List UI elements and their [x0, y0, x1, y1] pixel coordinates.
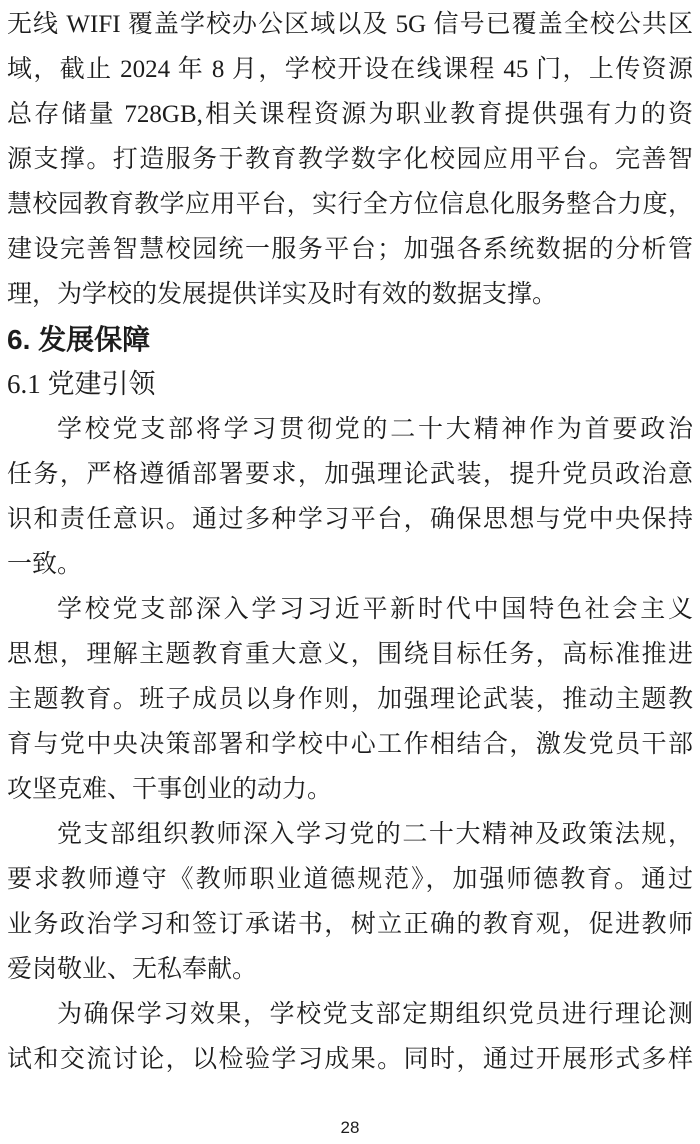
- text-line: 一致。: [7, 542, 693, 587]
- paragraph-infrastructure: 无线 WIFI 覆盖学校办公区域以及 5G 信号已覆盖全校公共区 域，截止 20…: [7, 2, 693, 317]
- text-line: 试和交流讨论，以检验学习成果。同时，通过开展形式多样: [7, 1037, 693, 1082]
- text-line: 慧校园教育教学应用平台，实行全方位信息化服务整合力度，: [7, 182, 693, 227]
- document-page: 无线 WIFI 覆盖学校办公区域以及 5G 信号已覆盖全校公共区 域，截止 20…: [0, 0, 700, 1144]
- text-line: 要求教师遵守《教师职业道德规范》，加强师德教育。通过: [7, 857, 693, 902]
- text-line: 识和责任意识。通过多种学习平台，确保思想与党中央保持: [7, 497, 693, 542]
- text-line: 爱岗敬业、无私奉献。: [7, 947, 693, 992]
- text-line: 无线 WIFI 覆盖学校办公区域以及 5G 信号已覆盖全校公共区: [7, 2, 693, 47]
- text-line: 主题教育。班子成员以身作则，加强理论武装，推动主题教: [7, 677, 693, 722]
- paragraph-party-study: 学校党支部将学习贯彻党的二十大精神作为首要政治 任务，严格遵循部署要求，加强理论…: [7, 407, 693, 587]
- paragraph-teacher-ethics: 党支部组织教师深入学习党的二十大精神及政策法规， 要求教师遵守《教师职业道德规范…: [7, 812, 693, 992]
- text-line: 攻坚克难、干事创业的动力。: [7, 767, 693, 812]
- page-number: 28: [0, 1118, 700, 1138]
- text-line: 源支撑。打造服务于教育教学数字化校园应用平台。完善智: [7, 137, 693, 182]
- text-line: 党支部组织教师深入学习党的二十大精神及政策法规，: [7, 812, 693, 857]
- text-line: 学校党支部将学习贯彻党的二十大精神作为首要政治: [7, 407, 693, 452]
- page-body: 无线 WIFI 覆盖学校办公区域以及 5G 信号已覆盖全校公共区 域，截止 20…: [7, 2, 693, 1082]
- text-line: 业务政治学习和签订承诺书，树立正确的教育观，促进教师: [7, 902, 693, 947]
- text-line: 学校党支部深入学习习近平新时代中国特色社会主义: [7, 587, 693, 632]
- text-line: 思想，理解主题教育重大意义，围绕目标任务，高标准推进: [7, 632, 693, 677]
- subsection-heading: 6.1 党建引领: [7, 362, 693, 407]
- text-line: 建设完善智慧校园统一服务平台；加强各系统数据的分析管: [7, 227, 693, 272]
- text-line: 育与党中央决策部署和学校中心工作相结合，激发党员干部: [7, 722, 693, 767]
- text-line: 总存储量 728GB,相关课程资源为职业教育提供强有力的资: [7, 92, 693, 137]
- section-heading: 6. 发展保障: [7, 317, 693, 362]
- text-line: 理，为学校的发展提供详实及时有效的数据支撑。: [7, 272, 693, 317]
- text-line: 任务，严格遵循部署要求，加强理论武装，提升党员政治意: [7, 452, 693, 497]
- paragraph-theme-education: 学校党支部深入学习习近平新时代中国特色社会主义 思想，理解主题教育重大意义，围绕…: [7, 587, 693, 812]
- text-line: 域，截止 2024 年 8 月，学校开设在线课程 45 门，上传资源: [7, 47, 693, 92]
- paragraph-learning-results: 为确保学习效果，学校党支部定期组织党员进行理论测 试和交流讨论，以检验学习成果。…: [7, 992, 693, 1082]
- text-line: 为确保学习效果，学校党支部定期组织党员进行理论测: [7, 992, 693, 1037]
